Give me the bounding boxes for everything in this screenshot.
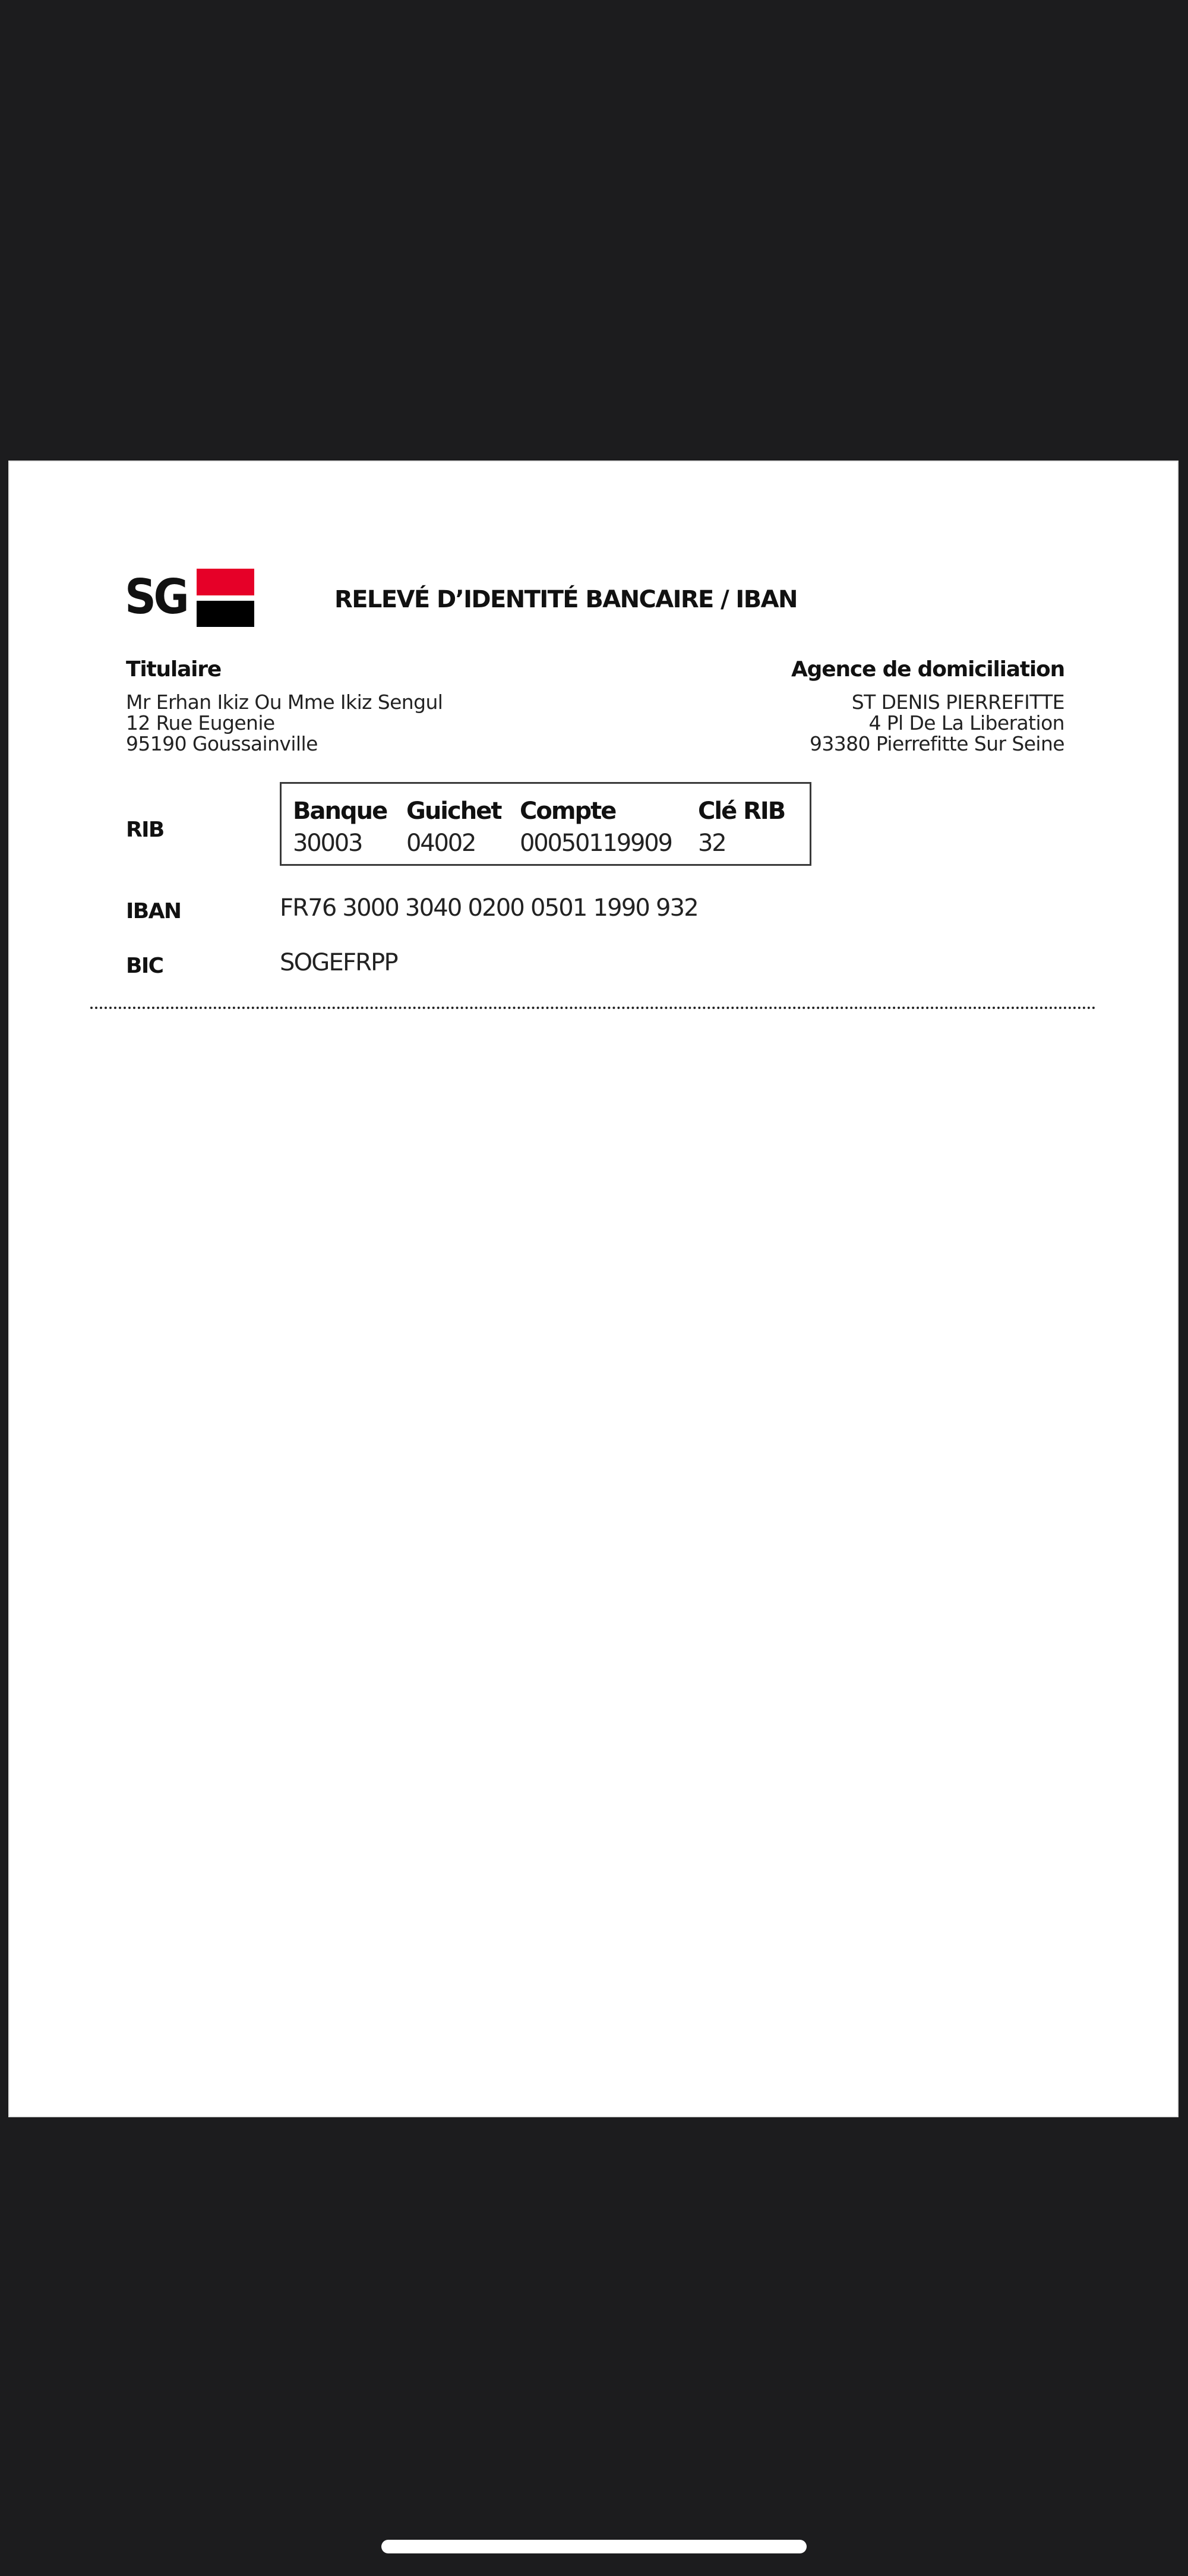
rib-value-compte: 00050119909	[520, 831, 672, 855]
rib-header-banque: Banque	[293, 799, 387, 823]
holder-name: Mr Erhan Ikiz Ou Mme Ikiz Sengul	[126, 692, 443, 712]
rib-value-cle: 32	[698, 831, 785, 855]
home-indicator[interactable]	[381, 2540, 807, 2553]
rib-column-banque: Banque 30003	[293, 799, 387, 855]
rib-header-compte: Compte	[520, 799, 672, 823]
agency-heading: Agence de domiciliation	[791, 659, 1064, 680]
document-title: RELEVÉ D’IDENTITÉ BANCAIRE / IBAN	[334, 588, 797, 611]
logo-text: SG	[125, 573, 187, 621]
agency-name: ST DENIS PIERREFITTE	[810, 692, 1064, 712]
agency-city: 93380 Pierrefitte Sur Seine	[810, 733, 1064, 754]
holder-city: 95190 Goussainville	[126, 733, 443, 754]
holder-heading: Titulaire	[126, 659, 221, 680]
rib-value-guichet: 04002	[406, 831, 501, 855]
rib-header-guichet: Guichet	[406, 799, 501, 823]
agency-address: ST DENIS PIERREFITTE 4 Pl De La Liberati…	[810, 692, 1064, 754]
logo-red-square-icon	[197, 569, 254, 595]
dotted-separator	[90, 1007, 1096, 1009]
agency-street: 4 Pl De La Liberation	[810, 712, 1064, 733]
rib-column-cle: Clé RIB 32	[698, 799, 785, 855]
logo-black-square-icon	[197, 601, 254, 627]
rib-header-cle: Clé RIB	[698, 799, 785, 823]
document-page: SG RELEVÉ D’IDENTITÉ BANCAIRE / IBAN Tit…	[8, 461, 1178, 2117]
rib-value-banque: 30003	[293, 831, 387, 855]
rib-label: RIB	[126, 819, 164, 841]
holder-address: Mr Erhan Ikiz Ou Mme Ikiz Sengul 12 Rue …	[126, 692, 443, 754]
holder-street: 12 Rue Eugenie	[126, 712, 443, 733]
bic-value: SOGEFRPP	[280, 951, 397, 975]
bic-label: BIC	[126, 956, 163, 977]
iban-label: IBAN	[126, 901, 181, 922]
iban-value: FR76 3000 3040 0200 0501 1990 932	[280, 896, 698, 920]
rib-table: Banque 30003 Guichet 04002 Compte 000501…	[280, 782, 811, 866]
rib-column-guichet: Guichet 04002	[406, 799, 501, 855]
rib-column-compte: Compte 00050119909	[520, 799, 672, 855]
